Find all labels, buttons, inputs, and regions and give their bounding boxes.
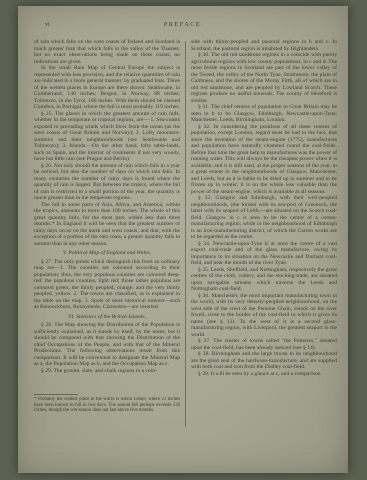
paragraph: § 38. Birmingham and the large towns in …: [191, 351, 337, 371]
paragraph: § 37. The cluster of towns called "the P…: [191, 338, 337, 351]
column-rule: [185, 41, 186, 427]
scanned-book-photo: { "colors": { "backdrop": "#5d6150", "pa…: [0, 0, 367, 480]
left-column: of rain which falls on the west coasts o…: [34, 39, 180, 431]
paragraph: § 27. The only points which distinguish …: [34, 259, 180, 311]
paragraph: § 28. The Map showing the Distribution o…: [34, 322, 180, 368]
section-heading-v: V. Political Map of England and Wales.: [34, 250, 180, 257]
paragraph: The fall in some parts of Asia, Africa, …: [34, 202, 180, 248]
paragraph: § 32. In considering the positions of al…: [191, 124, 337, 196]
paragraph: of rain which falls on the west coasts o…: [34, 39, 180, 65]
paragraph: § 36. Manchester, the most important man…: [191, 293, 337, 339]
paragraph: § 29. The granite, slate, and chalk regi…: [34, 368, 180, 375]
section-heading-vi: VI. Statistics of the British Islands.: [34, 314, 180, 321]
paragraph: side with thinly-peopled and pastoral re…: [191, 39, 337, 52]
footnote: * Probably the wettest place in the worl…: [34, 397, 180, 414]
paragraph: § 33. Glasgow and Edinburgh, with their …: [191, 195, 337, 241]
paragraph: In the small Rain Map of Central Europe …: [34, 65, 180, 111]
paragraph: § 35. Leeds, Sheffield, and Nottingham, …: [191, 267, 337, 293]
text-block: of rain which falls on the west coasts o…: [34, 39, 337, 431]
paragraph: § 25. The places in which the greatest a…: [34, 111, 180, 163]
paragraph: § 31. The chief centres of population in…: [191, 104, 337, 124]
running-head: vi PREFACE.: [32, 21, 336, 31]
footnote-rule: [34, 394, 78, 395]
left-column-text: of rain which falls on the west coasts o…: [34, 39, 180, 391]
paragraph: § 30. The old red sandstone regions in a…: [191, 52, 337, 104]
book-page: vi PREFACE. of rain which falls on the w…: [18, 6, 348, 473]
right-column: side with thinly-peopled and pastoral re…: [191, 39, 337, 431]
paragraph: § 39. It will be seen by a glance at c, …: [191, 371, 337, 378]
paragraph: § 26. Not only should the amount of rain…: [34, 163, 180, 202]
running-title: PREFACE.: [32, 21, 336, 28]
paragraph: § 34. Newcastle-upon-Tyne is at once the…: [191, 241, 337, 267]
